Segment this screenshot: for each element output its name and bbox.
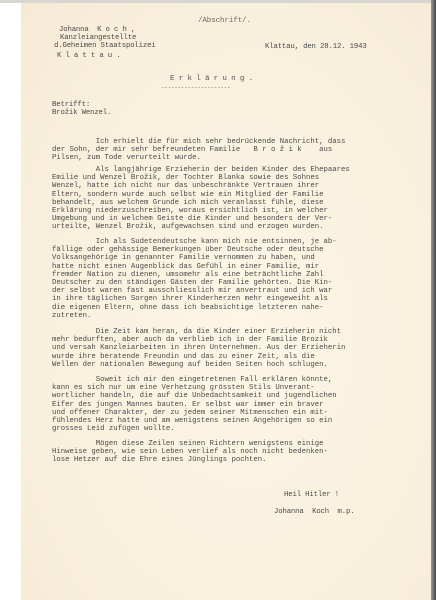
scan-right-edge (431, 0, 436, 600)
paragraph-line: Wellen der nationalen Bewegung auf beide… (52, 361, 408, 369)
paragraph-4: Die Zeit kam heran, da die Kinder einer … (52, 328, 408, 369)
paragraph-line: fühlendes Herz hatte und am wenigstens s… (52, 417, 408, 425)
subject-value: Brožik Wenzel. (52, 109, 111, 117)
sender-city: K l a t t a u . (57, 52, 121, 60)
paragraph-line: Wenzel, hatte ich nicht nur das unbeschr… (52, 182, 408, 190)
paragraph-line: wurde ihre beratende Freundin und das zu… (52, 353, 408, 361)
paragraph-line: Ich als Sudetendeutsche kann mich nie en… (52, 238, 408, 246)
paragraph-line: fremder Nation zu dienen, umsomehr als e… (52, 271, 408, 279)
paragraph-5: Soweit ich mir den eingetretenen Fall er… (52, 376, 408, 433)
paragraph-line: und versah Kanzleiarbeiten in ihren Unte… (52, 344, 408, 352)
paragraph-line: Mögen diese Zeilen seinen Richtern wenig… (52, 440, 408, 448)
paragraph-line: in ihre täglichen Sorgen ihrer Kinderher… (52, 295, 408, 303)
paragraph-line: Eltern, sondern wurde auch selbst wie ei… (52, 191, 408, 199)
paragraph-line: lose Hetzer auf die Ehre eines Jünglings… (52, 456, 408, 464)
paragraph-line: behandelt, aus welchem Grunde ich mich v… (52, 199, 408, 207)
paragraph-line: und offener Charakter, der zu jedem sein… (52, 409, 408, 417)
subject-label: Betrifft: (52, 101, 90, 109)
paragraph-line: Deutscher zu den ständigen Gästen der Fa… (52, 279, 408, 287)
paragraph-line: fällige oder gehässige Bemerkungen über … (52, 246, 408, 254)
paragraph-line: urteilte, Wenzel Brožik, aufgewachsen si… (52, 223, 408, 231)
title-underline: --------------------- (161, 84, 230, 91)
paragraph-line: der Sohn, der mir sehr befreundeten Fami… (52, 146, 408, 154)
paragraph-6: Mögen diese Zeilen seinen Richtern wenig… (52, 440, 408, 465)
paragraph-line: die eigenen Eltern, ohne dass ich beabsi… (52, 304, 408, 312)
paragraph-line: Erklärung niederzuschreiben, woraus ersi… (52, 207, 408, 215)
closing-salutation: Heil Hitler ! (284, 491, 339, 499)
paragraph-2: Als langjährige Erzieherin der beiden Ki… (52, 166, 408, 232)
paragraph-1: Ich erhielt die für mich sehr bedrückend… (52, 138, 408, 163)
paragraph-line: Eifer des jungen Mannes bauten. Er selbs… (52, 401, 408, 409)
paragraph-3: Ich als Sudetendeutsche kann mich nie en… (52, 238, 408, 320)
document-title: Erklärung. (170, 75, 257, 83)
sender-agency: d.Geheimen Staatspolizei (54, 42, 156, 50)
paragraph-line: Hinweise geben, wie sein Leben verlief a… (52, 448, 408, 456)
paragraph-line: Umgebung und in welchem Geiste die Kinde… (52, 215, 408, 223)
signature: Johanna Koch m.p. (274, 508, 354, 516)
paragraph-line: grosses Leid zufügen wollte. (52, 425, 408, 433)
sender-position: Kanzleiangestellte (60, 34, 136, 42)
paragraph-line: Emilie und Wenzel Brožik, der Tochter Bl… (52, 174, 408, 182)
paragraph-line: Die Zeit kam heran, da die Kinder einer … (52, 328, 408, 336)
paragraph-line: Als langjährige Erzieherin der beiden Ki… (52, 166, 408, 174)
copy-mark: /Abschrift/. (198, 17, 251, 25)
paragraph-line: mehr bedurften, aber auch da verblieb ic… (52, 336, 408, 344)
paragraph-line: kann es sich nur um eine Verhetzung grös… (52, 384, 408, 392)
place-date: Klattau, den 28.12. 1943 (265, 43, 367, 51)
paragraph-line: hatte nicht einen Augenblick das Gefühl … (52, 263, 408, 271)
paragraph-line: Soweit ich mir den eingetretenen Fall er… (52, 376, 408, 384)
paragraph-line: zutreten. (52, 312, 408, 320)
paragraph-line: der selbst waren fast ausschliesslich mi… (52, 287, 408, 295)
paragraph-line: wortlicher handeln, die auf die Unbedach… (52, 392, 408, 400)
paragraph-line: Volksangehörige in genannter Familie ver… (52, 254, 408, 262)
paragraph-line: Pilsen, zum Tode verurteilt wurde. (52, 154, 408, 162)
paragraph-line: Ich erhielt die für mich sehr bedrückend… (52, 138, 408, 146)
sender-name: Johanna K o c h , (59, 26, 135, 34)
